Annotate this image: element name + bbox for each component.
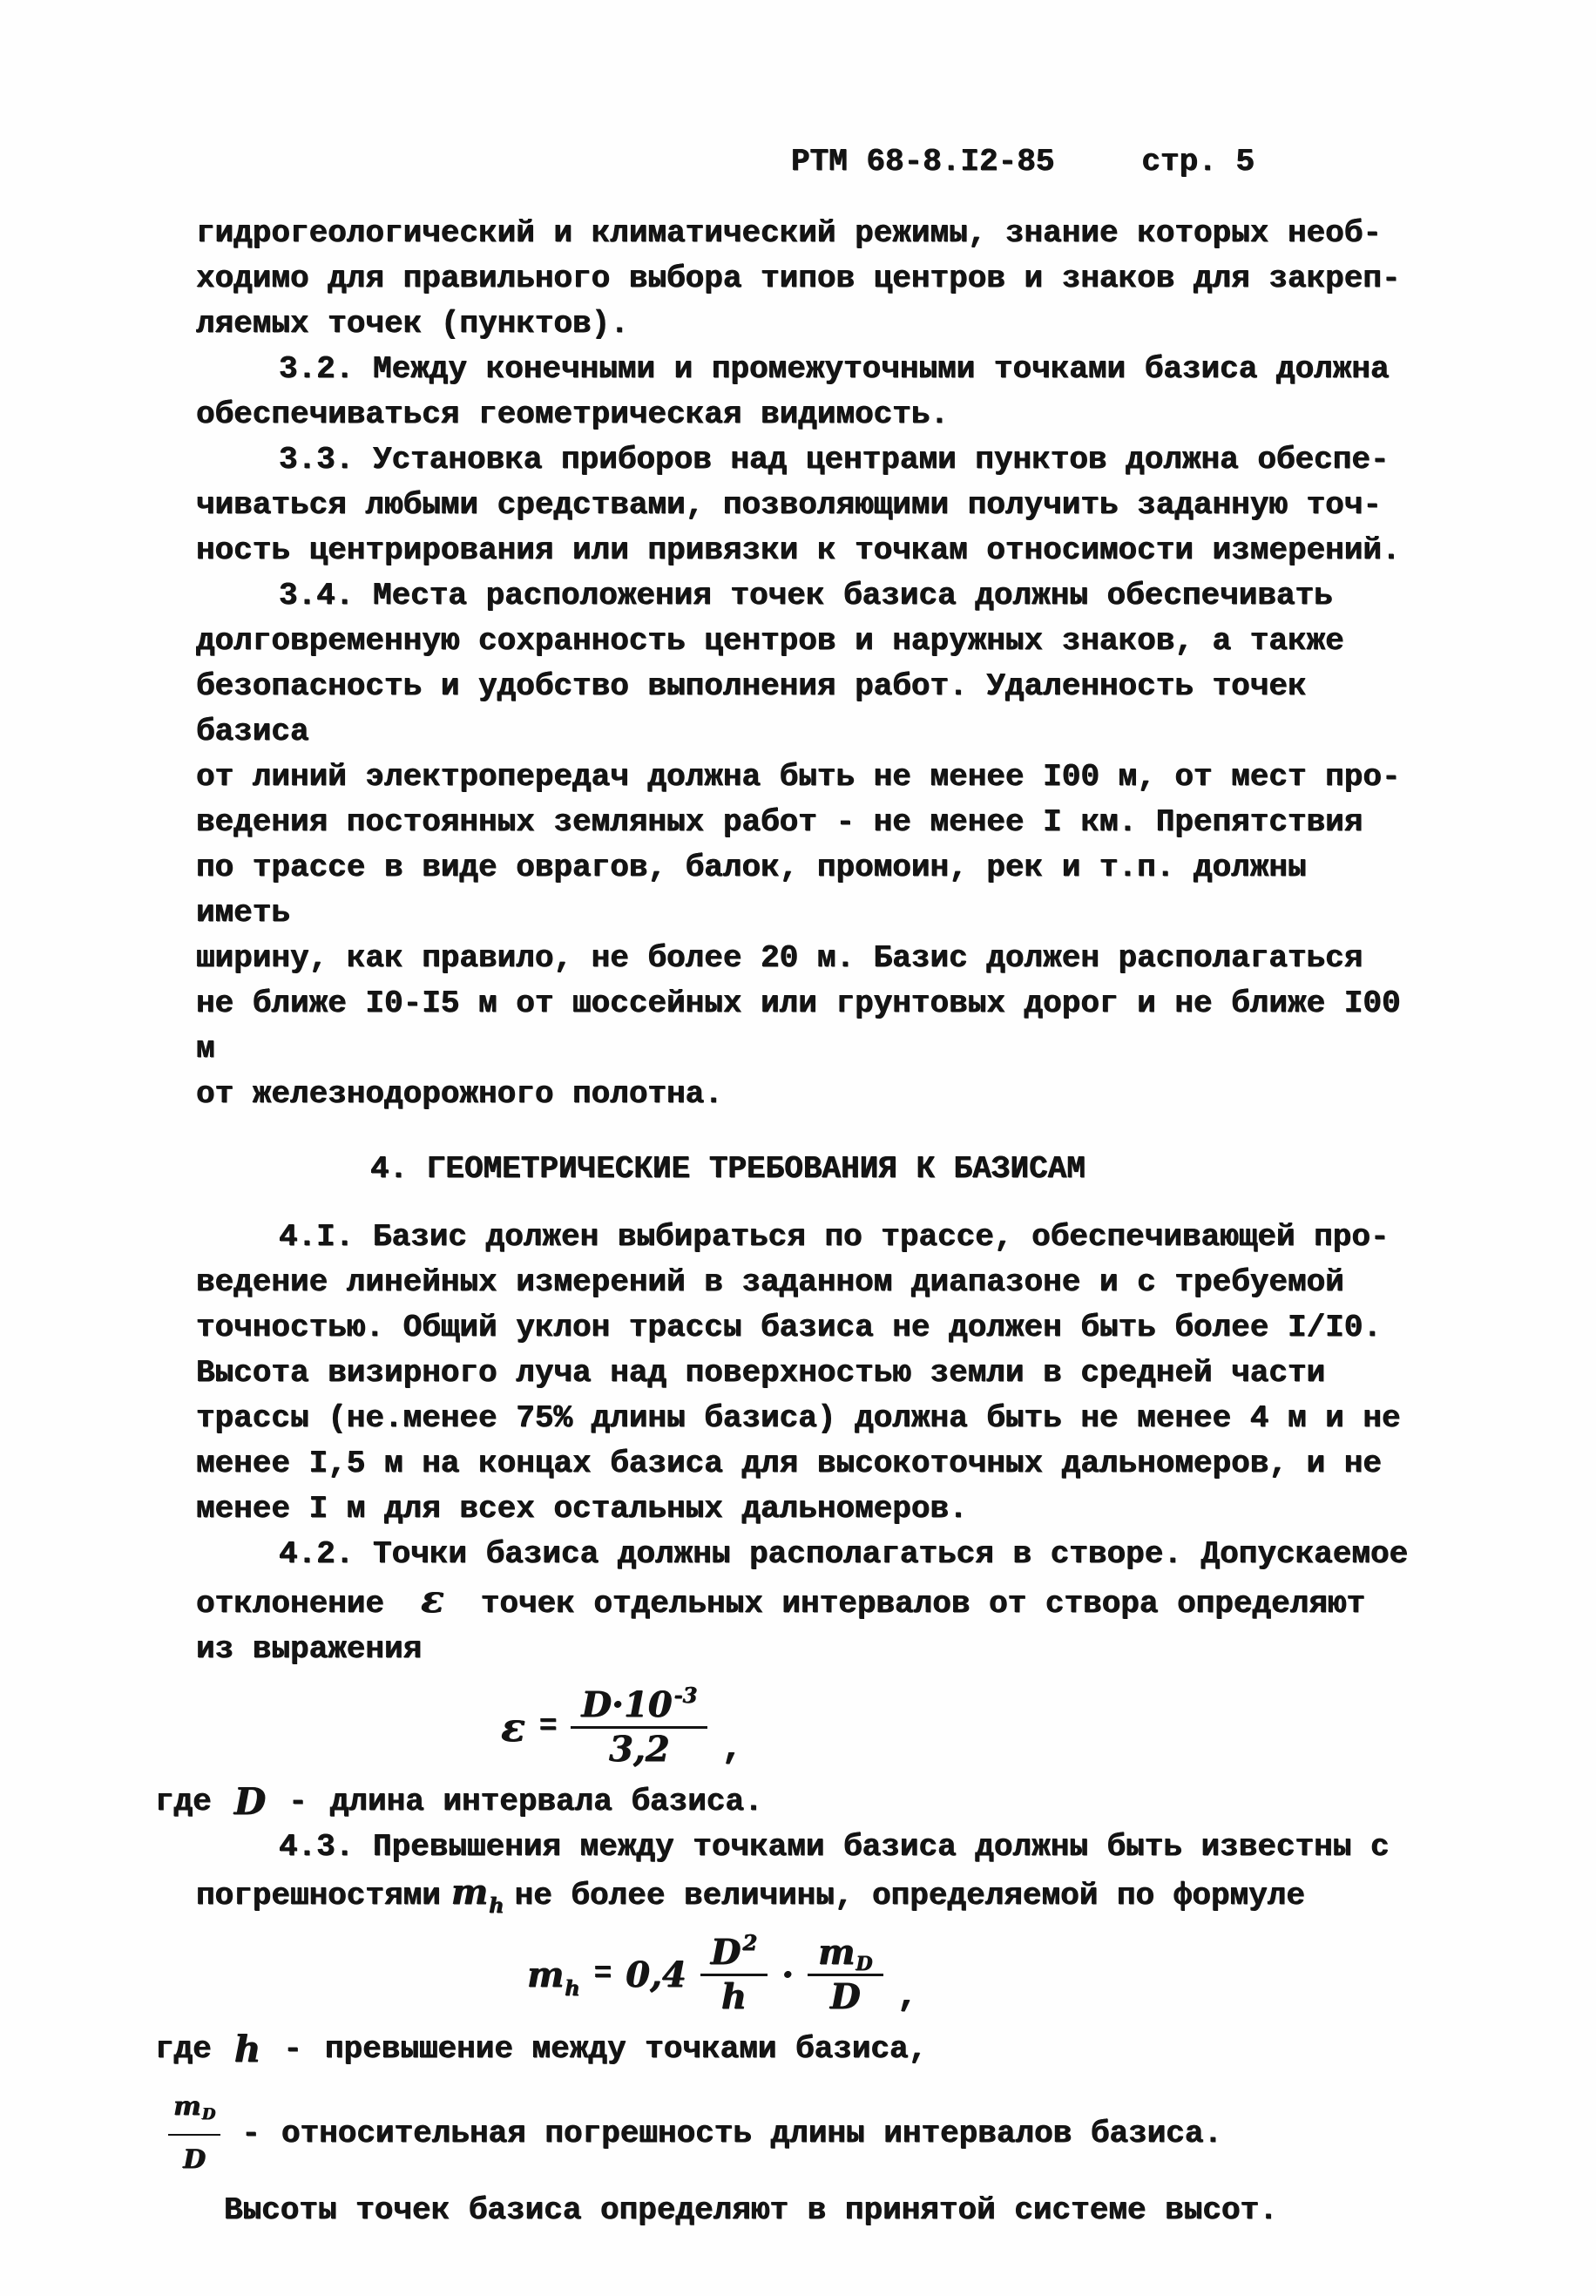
formula1-comma: , <box>721 1730 742 1769</box>
where3-dash: - <box>241 2111 260 2157</box>
where2-dash: - <box>283 2027 302 2072</box>
where-clause-D: где D - длина интервала базиса. <box>155 1779 1416 1825</box>
where2-lead: где <box>155 2027 212 2072</box>
h-subscript: h <box>489 1893 504 1918</box>
page-number: стр. 5 <box>1141 139 1254 185</box>
where2-text: превышение между точками базиса, <box>325 2027 927 2072</box>
paragraph-4-2-line1: 4.2. Точки базиса должны располагаться в… <box>196 1532 1416 1577</box>
formula1-fraction: D·10-3 3,2 <box>571 1686 707 1769</box>
paragraph-4-2-line3: из выражения <box>196 1627 1416 1672</box>
where-clause-h: где h - превышение между точками базиса, <box>155 2027 1416 2072</box>
formula2-fraction1: D2 h <box>700 1934 768 2016</box>
paragraph-3-4: 3.4. Места расположения точек базиса дол… <box>196 573 1416 1117</box>
section-heading: 4. ГЕОМЕТРИЧЕСКИЕ ТРЕБОВАНИЯ К БАЗИСАМ <box>196 1147 1416 1192</box>
paragraph-intro: гидрогеологический и климатический режим… <box>196 211 1416 347</box>
formula1-numerator: D·10-3 <box>571 1686 707 1729</box>
formula-mh: mh = 0,4 D2 h · mD D , <box>527 1934 1416 2016</box>
formula2-frac2-numerator: mD <box>808 1934 883 1976</box>
formula2-frac1-denominator: h <box>721 1976 747 2016</box>
text-after-epsilon: точек отдельных интервалов от створа опр… <box>481 1586 1365 1622</box>
where1-lead: где <box>155 1779 212 1825</box>
D-subscript: D <box>855 1953 872 1975</box>
epsilon-symbol: ε <box>421 1577 444 1622</box>
symbol-D: D <box>711 1932 741 1973</box>
formula2-equals: = <box>594 1959 612 1991</box>
where1-symbol-D: D <box>234 1779 266 1825</box>
mh-symbol: mh <box>451 1872 504 1913</box>
dot-operator: · <box>612 1684 624 1725</box>
doc-number: РТМ 68-8.I2-85 <box>791 139 1054 185</box>
formula2-lhs: mh <box>527 1956 580 1995</box>
where1-dash: - <box>288 1779 308 1825</box>
m-base: m <box>527 1954 564 1995</box>
paragraph-3-2: 3.2. Между конечными и промежуточными то… <box>196 347 1416 437</box>
paragraph-3-3: 3.3. Установка приборов над центрами пун… <box>196 437 1416 573</box>
page-header: РТМ 68-8.I2-85 стр. 5 <box>791 139 1254 185</box>
formula1-equals: = <box>539 1711 557 1744</box>
where3-fraction: mD D <box>168 2084 220 2183</box>
where3-denominator: D <box>183 2136 206 2183</box>
paragraph-4-3-line2: погрешностямиmhне более величины, опреде… <box>196 1870 1416 1920</box>
m-base: m <box>173 2091 201 2122</box>
paragraph-4-3-line1: 4.3. Превышения между точками базиса дол… <box>196 1825 1416 1870</box>
where1-text: длина интервала базиса. <box>330 1779 763 1825</box>
m-base: m <box>451 1872 488 1913</box>
m-base: m <box>818 1932 855 1973</box>
where3-text: относительная погрешность длины интервал… <box>281 2111 1222 2157</box>
formula2-frac1-numerator: D2 <box>700 1934 768 1976</box>
formula1-denominator: 3,2 <box>609 1729 670 1769</box>
formula-epsilon: ε = D·10-3 3,2 , <box>501 1686 1416 1769</box>
D-subscript: D <box>202 2105 216 2123</box>
text-before-epsilon: отклонение <box>196 1586 384 1622</box>
where-clause-mD: mD D - относительная погрешность длины и… <box>168 2084 1416 2183</box>
paragraph-4-2-line2: отклонениеεточек отдельных интервалов от… <box>196 1577 1416 1627</box>
formula2-comma: , <box>897 1978 918 2016</box>
formula2-frac2-denominator: D <box>830 1976 861 2016</box>
number-10: 10 <box>624 1684 673 1725</box>
formula2-fraction2: mD D <box>808 1934 883 2016</box>
where3-numerator: mD <box>168 2084 220 2136</box>
document-page: РТМ 68-8.I2-85 стр. 5 гидрогеологический… <box>0 0 1596 2296</box>
closing-paragraph: Высоты точек базиса определяют в принято… <box>196 2188 1416 2233</box>
exponent-2: 2 <box>742 1930 757 1955</box>
dot-operator: · <box>781 1956 794 1995</box>
h-subscript: h <box>565 1975 579 2001</box>
text-before-mh: погрешностями <box>196 1878 441 1913</box>
paragraph-4-1: 4.I. Базис должен выбираться по трассе, … <box>196 1215 1416 1532</box>
symbol-D: D <box>581 1684 612 1725</box>
formula1-lhs-epsilon: ε <box>501 1705 525 1750</box>
document-body: гидрогеологический и климатический режим… <box>196 211 1416 2233</box>
formula2-coefficient: 0,4 <box>626 1956 686 1995</box>
exponent-minus-3: -3 <box>674 1683 698 1708</box>
where2-symbol-h: h <box>234 2027 261 2072</box>
text-after-mh: не более величины, определяемой по форму… <box>515 1878 1305 1913</box>
